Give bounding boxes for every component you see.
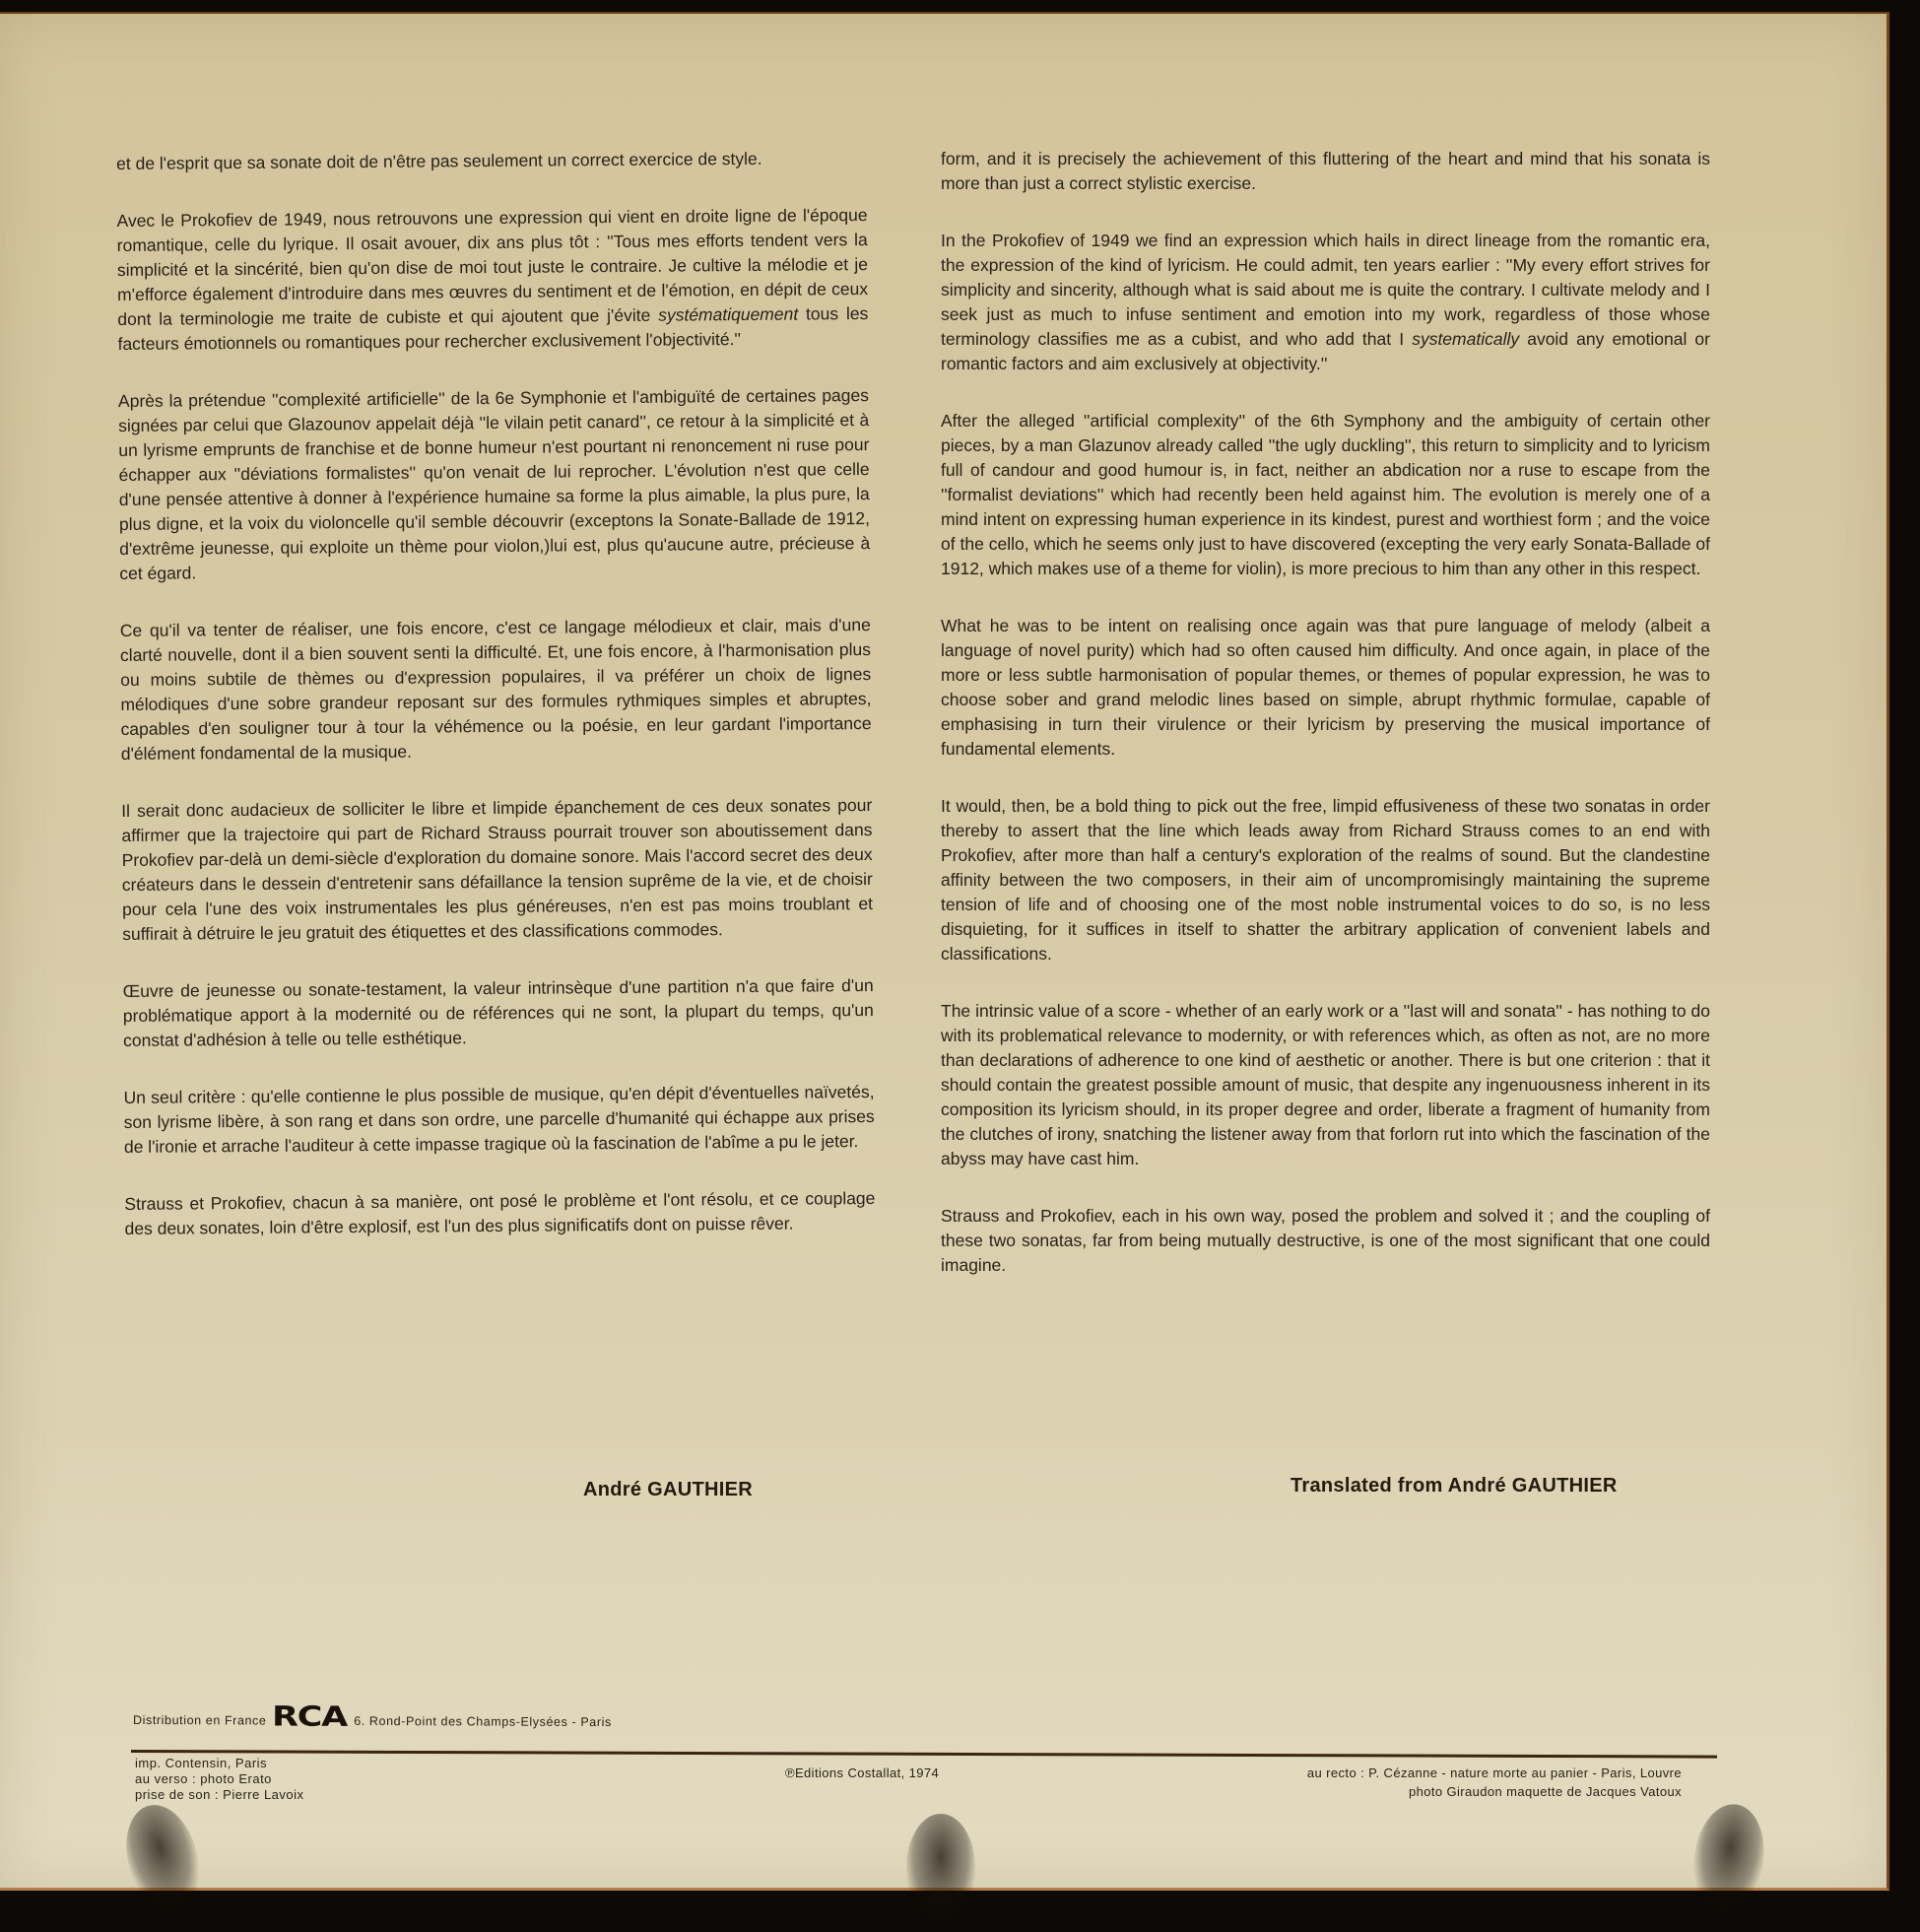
fr-paragraph-2: Avec le Prokofiev de 1949, nous retrouvo… xyxy=(116,203,868,357)
author-signature: André GAUTHIER xyxy=(583,1479,753,1501)
en-paragraph-4: What he was to be intent on realising on… xyxy=(941,614,1710,762)
cover-art-credit: au recto : P. Cézanne - nature morte au … xyxy=(1307,1764,1682,1782)
fr-paragraph-6: Œuvre de jeunesse ou sonate-testament, l… xyxy=(123,973,875,1053)
en-paragraph-3: After the alleged ''artificial complexit… xyxy=(941,409,1710,581)
en-paragraph-5: It would, then, be a bold thing to pick … xyxy=(941,794,1710,966)
en-paragraph-7: Strauss and Prokofiev, each in his own w… xyxy=(941,1204,1710,1278)
fr-paragraph-5: Il serait donc audacieux de solliciter l… xyxy=(121,793,873,947)
fr-paragraph-3: Après la prétendue ''complexité artifici… xyxy=(118,383,871,586)
footer-divider xyxy=(131,1750,1717,1759)
translator-signature: Translated from André GAUTHIER xyxy=(1291,1475,1618,1498)
english-column: form, and it is precisely the achievemen… xyxy=(941,147,1710,1310)
verso-photo-credit: au verso : photo Erato xyxy=(135,1771,304,1787)
credits-left: imp. Contensin, Paris au verso : photo E… xyxy=(135,1756,304,1803)
fr-italic-word: systématiquement xyxy=(658,304,798,325)
en-paragraph-1: form, and it is precisely the achievemen… xyxy=(941,147,1710,196)
printer-credit: imp. Contensin, Paris xyxy=(135,1756,304,1771)
fr-paragraph-8: Strauss et Prokofiev, chacun à sa manièr… xyxy=(124,1186,875,1241)
en-italic-word: systematically xyxy=(1412,329,1519,349)
clip-shadow-center xyxy=(906,1814,975,1922)
distributor-address: 6. Rond-Point des Champs-Elysées - Paris xyxy=(354,1714,612,1729)
fr-paragraph-1: et de l'esprit que sa sonate doit de n'ê… xyxy=(116,146,867,176)
distribution-label: Distribution en France xyxy=(133,1713,267,1728)
rca-logo: RCA xyxy=(272,1706,347,1728)
recording-credit: prise de son : Pierre Lavoix xyxy=(135,1787,304,1803)
credits-right: au recto : P. Cézanne - nature morte au … xyxy=(1307,1764,1682,1801)
french-column: et de l'esprit que sa sonate doit de n'ê… xyxy=(116,146,876,1274)
copyright-notice: ℗Editions Costallat, 1974 xyxy=(785,1765,939,1780)
design-credit: photo Giraudon maquette de Jacques Vatou… xyxy=(1307,1782,1682,1801)
record-sleeve-back: et de l'esprit que sa sonate doit de n'ê… xyxy=(0,12,1889,1891)
distribution-line: Distribution en France RCA 6. Rond-Point… xyxy=(133,1705,612,1729)
en-paragraph-2: In the Prokofiev of 1949 we find an expr… xyxy=(941,229,1710,376)
fr-paragraph-4: Ce qu'il va tenter de réaliser, une fois… xyxy=(120,613,872,766)
fr-paragraph-7: Un seul critère : qu'elle contienne le p… xyxy=(123,1080,875,1160)
en-paragraph-6: The intrinsic value of a score - whether… xyxy=(941,999,1710,1171)
